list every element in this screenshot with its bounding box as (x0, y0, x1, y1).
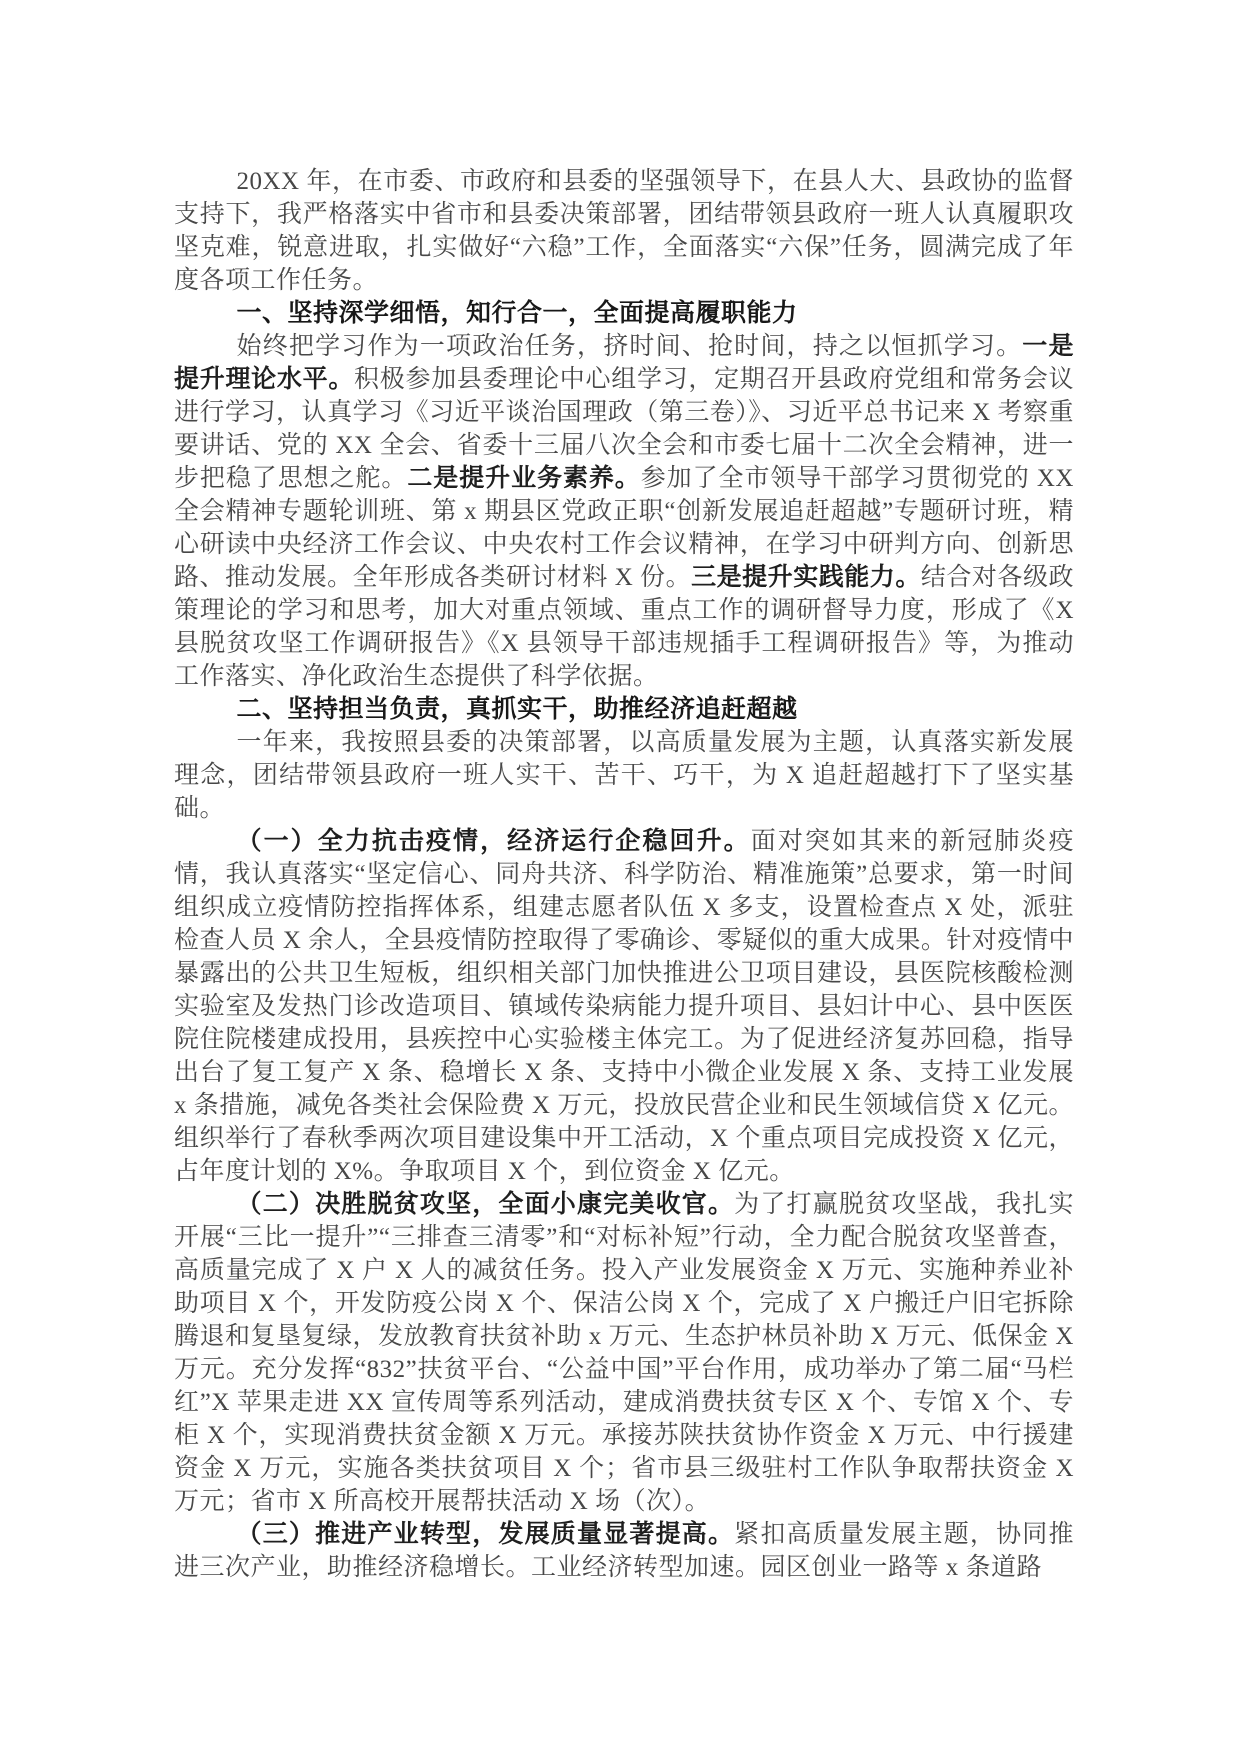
paragraph-epidemic: （一）全力抗击疫情，经济运行企稳回升。面对突如其来的新冠肺炎疫情，我认真落实“坚… (174, 825, 1074, 1188)
text-run: 一年来，我按照县委的决策部署，以高质量发展为主题，认真落实新发展理念，团结带领县… (174, 729, 1074, 822)
text-run: 为了打赢脱贫攻坚战，我扎实开展“三比一提升”“三排查三清零”和“对标补短”行动，… (174, 1191, 1074, 1515)
heading-text: 二、坚持担当负责，真抓实干，助推经济追赶超越 (237, 695, 798, 723)
document-page: 20XX 年，在市委、市政府和县委的坚强领导下，在县人大、县政协的监督支持下，我… (0, 0, 1240, 1754)
heading-section-2: 二、坚持担当负责，真抓实干，助推经济追赶超越 (174, 693, 1074, 726)
paragraph-overview: 一年来，我按照县委的决策部署，以高质量发展为主题，认真落实新发展理念，团结带领县… (174, 726, 1074, 825)
paragraph-poverty-alleviation: （二）决胜脱贫攻坚，全面小康完美收官。为了打赢脱贫攻坚战，我扎实开展“三比一提升… (174, 1188, 1074, 1518)
paragraph-industry-transform: （三）推进产业转型，发展质量显著提高。紧扣高质量发展主题，协同推进三次产业，助推… (174, 1518, 1074, 1584)
text-run: 始终把学习作为一项政治任务，挤时间、抢时间，持之以恒抓学习。 (237, 333, 1023, 360)
text-run-bold: 二是提升业务素养。 (407, 464, 640, 492)
subheading-text: （三）推进产业转型，发展质量显著提高。 (237, 1520, 735, 1548)
heading-text: 一、坚持深学细悟，知行合一，全面提高履职能力 (237, 299, 798, 327)
text-run: 面对突如其来的新冠肺炎疫情，我认真落实“坚定信心、同舟共济、科学防治、精准施策”… (174, 828, 1074, 1185)
text-run-bold: 三是提升实践能力。 (691, 563, 921, 591)
paragraph-opening: 20XX 年，在市委、市政府和县委的坚强领导下，在县人大、县政协的监督支持下，我… (174, 165, 1074, 297)
paragraph-study: 始终把学习作为一项政治任务，挤时间、抢时间，持之以恒抓学习。一是提升理论水平。积… (174, 330, 1074, 693)
subheading-text: （二）决胜脱贫攻坚，全面小康完美收官。 (237, 1190, 735, 1218)
heading-section-1: 一、坚持深学细悟，知行合一，全面提高履职能力 (174, 297, 1074, 330)
subheading-text: （一）全力抗击疫情，经济运行企稳回升。 (237, 827, 751, 855)
text-run: 20XX 年，在市委、市政府和县委的坚强领导下，在县人大、县政协的监督支持下，我… (174, 168, 1074, 294)
